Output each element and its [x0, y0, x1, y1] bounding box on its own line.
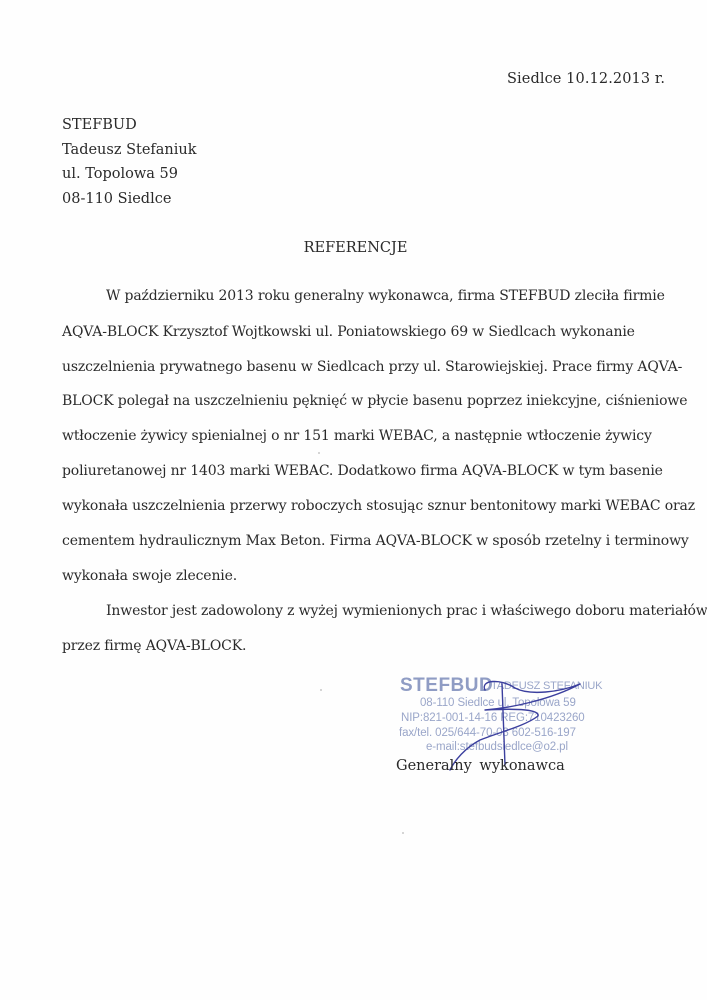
- body-line: wtłoczenie żywicy spienialnej o nr 151 m…: [62, 428, 652, 444]
- body-line: W październiku 2013 roku generalny wykon…: [106, 288, 665, 304]
- body-line: cementem hydraulicznym Max Beton. Firma …: [62, 533, 689, 549]
- document-title: REFERENCJE: [0, 240, 707, 256]
- body-line: wykonała uszczelnienia przerwy roboczych…: [62, 498, 695, 514]
- stamp-ids: NIP:821-001-14-16 REG:710423260: [401, 712, 585, 724]
- sender-company: STEFBUD: [62, 113, 197, 138]
- letter-page: Siedlce 10.12.2013 r. STEFBUD Tadeusz St…: [0, 0, 707, 1000]
- body-line: poliuretanowej nr 1403 marki WEBAC. Doda…: [62, 463, 663, 479]
- stamp-address: 08-110 Siedlce ul. Topolowa 59: [420, 697, 576, 709]
- place-date: Siedlce 10.12.2013 r.: [507, 71, 665, 87]
- body-line: uszczelnienia prywatnego basenu w Siedlc…: [62, 359, 682, 375]
- company-stamp: STEFBUD TADEUSZ STEFANIUK 08-110 Siedlce…: [398, 675, 618, 755]
- body-line: przez firmę AQVA-BLOCK.: [62, 638, 246, 654]
- signatory-role: Generalny wykonawca: [396, 758, 565, 774]
- body-line: Inwestor jest zadowolony z wyżej wymieni…: [106, 603, 707, 619]
- scan-speck: [320, 689, 322, 691]
- sender-address-block: STEFBUD Tadeusz Stefaniuk ul. Topolowa 5…: [62, 113, 197, 211]
- body-line: AQVA-BLOCK Krzysztof Wojtkowski ul. Poni…: [62, 324, 635, 340]
- stamp-brand: STEFBUD: [400, 675, 493, 697]
- sender-street: ul. Topolowa 59: [62, 162, 197, 187]
- scan-speck: [402, 832, 404, 834]
- body-line: BLOCK polegał na uszczelnieniu pęknięć w…: [62, 393, 687, 409]
- stamp-phones: fax/tel. 025/644-70-03 602-516-197: [399, 727, 576, 739]
- body-line: wykonała swoje zlecenie.: [62, 568, 237, 584]
- sender-city: 08-110 Siedlce: [62, 187, 197, 212]
- stamp-owner: TADEUSZ STEFANIUK: [491, 680, 602, 692]
- stamp-email: e-mail:stefbudsiedlce@o2.pl: [426, 741, 568, 753]
- scan-speck: [318, 452, 320, 454]
- sender-name: Tadeusz Stefaniuk: [62, 138, 197, 163]
